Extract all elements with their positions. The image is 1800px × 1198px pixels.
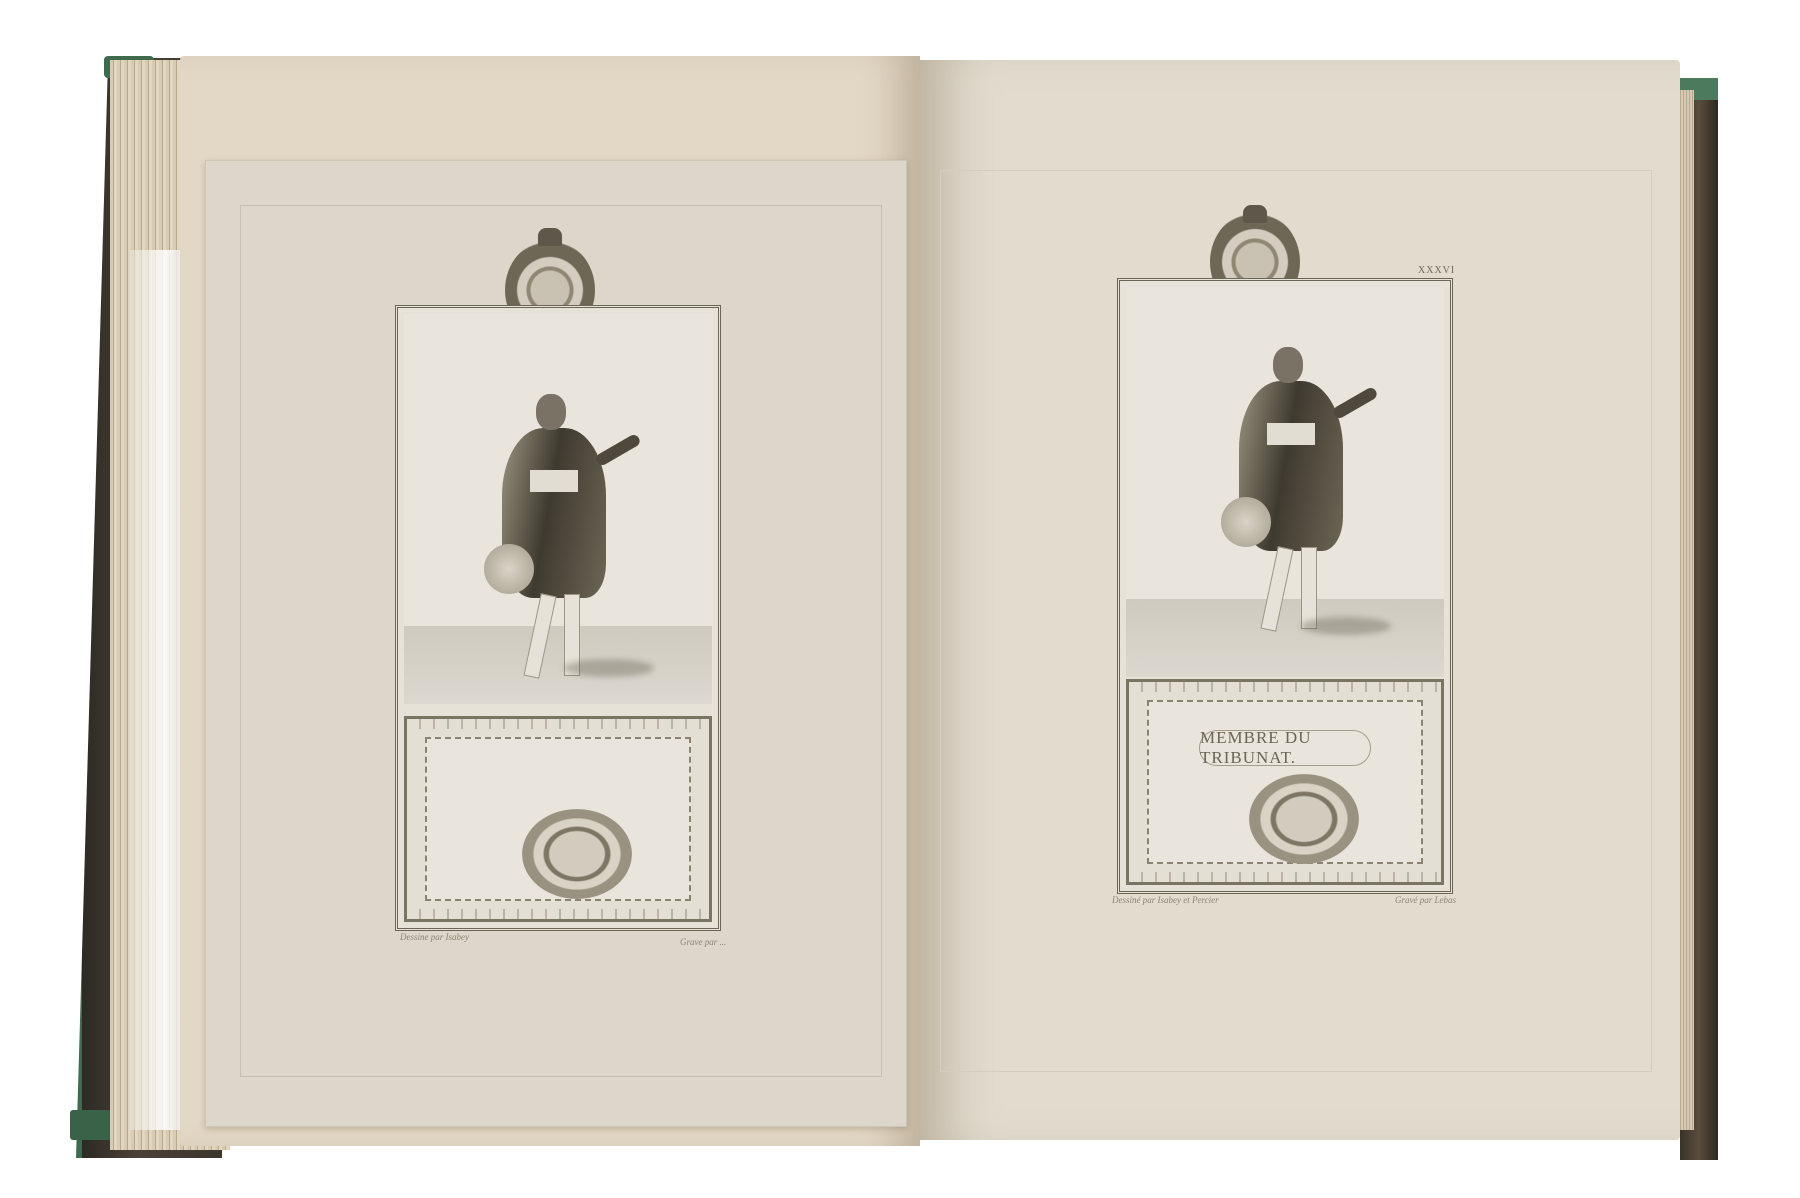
right-figure-shadow: [1301, 617, 1391, 635]
right-scene: [1126, 287, 1444, 677]
left-figure: [484, 394, 624, 694]
left-cartouche: [404, 716, 712, 922]
right-cartouche-inner: MEMBRE DU TRIBUNAT.: [1147, 700, 1423, 864]
right-caption-engraver: Gravé par Lebas: [1395, 895, 1456, 905]
right-figure: [1221, 347, 1361, 647]
right-caption-designer: Dessiné par Isabey et Percier: [1112, 895, 1219, 905]
right-crown-icon: [1243, 205, 1267, 223]
right-seal-icon: [1249, 774, 1359, 864]
left-seal-icon: [522, 809, 632, 899]
right-cartouche: MEMBRE DU TRIBUNAT.: [1126, 679, 1444, 885]
plate-number: XXXVI: [1418, 265, 1455, 276]
left-scene: [404, 314, 712, 704]
cartouche-title: MEMBRE DU TRIBUNAT.: [1199, 730, 1371, 766]
left-caption-designer: Dessine par Isabey: [400, 932, 469, 942]
right-engraving-frame: MEMBRE DU TRIBUNAT.: [1117, 278, 1453, 894]
left-figure-shadow: [564, 659, 654, 677]
left-engraving-frame: [395, 305, 721, 931]
left-crown-icon: [538, 228, 562, 246]
left-caption-engraver: Grave par ...: [680, 937, 726, 947]
left-cartouche-inner: [425, 737, 691, 901]
